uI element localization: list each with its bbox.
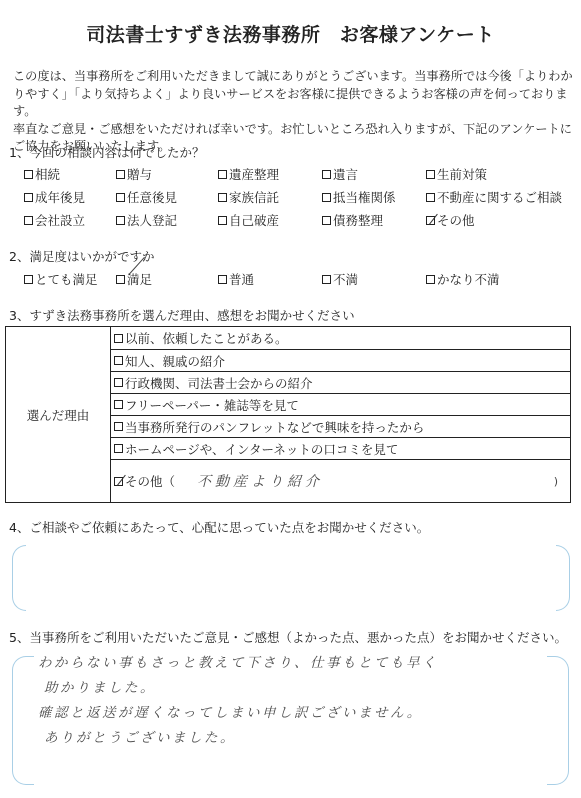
intro-line: 率直なご意見・ご感想をいただければ幸いです。お忙しいところ恐れ入りますが、下記の…	[13, 121, 573, 139]
question-1-title: 1、今回の相談内容は何でしたか？	[9, 143, 204, 161]
q1-option-yuigon[interactable]: 遺言	[322, 165, 358, 183]
q1-option-kazoku-shintaku[interactable]: 家族信託	[218, 188, 279, 206]
question-4-title: 4、ご相談やご依頼にあたって、心配に思っていた点をお聞かせください。	[9, 518, 429, 536]
checkbox-icon[interactable]	[24, 170, 33, 179]
checkbox-icon[interactable]	[322, 216, 331, 225]
intro-line: りやすく」「より気持ちよく」より良いサービスをお客様に提供できるようお客様の声を…	[13, 86, 573, 121]
q1-option-saimu-seiri[interactable]: 債務整理	[322, 211, 383, 229]
option-label: 成年後見	[35, 188, 85, 206]
q1-option-teitouken[interactable]: 抵当権関係	[322, 188, 396, 206]
checkbox-icon[interactable]	[218, 170, 227, 179]
option-label: 抵当権関係	[333, 188, 396, 206]
checkbox-icon[interactable]	[114, 444, 123, 453]
option-label: 相続	[35, 165, 60, 183]
option-label: 不満	[333, 270, 358, 288]
q1-option-souzoku[interactable]: 相続	[24, 165, 60, 183]
checkbox-icon[interactable]	[218, 216, 227, 225]
option-label: その他	[437, 211, 475, 229]
page-title: 司法書士すずき法務事務所 お客様アンケート	[0, 20, 581, 47]
option-label: 家族信託	[229, 188, 279, 206]
q2-option-satisfied[interactable]: 満足	[116, 270, 152, 288]
option-label: フリーペーパー・雑誌等を見て	[125, 396, 299, 414]
option-label: 知人、親戚の紹介	[125, 352, 225, 370]
option-label: 遺言	[333, 165, 358, 183]
q3-option-free-paper[interactable]: フリーペーパー・雑誌等を見て	[111, 394, 570, 416]
option-label: 行政機関、司法書士会からの紹介	[125, 374, 313, 392]
option-label: その他（	[125, 472, 175, 490]
left-bracket-icon	[12, 545, 26, 611]
checkbox-icon[interactable]	[218, 193, 227, 202]
option-label: 贈与	[127, 165, 152, 183]
answer-line: ありがとうございました。	[38, 726, 538, 751]
option-label: 普通	[229, 270, 254, 288]
option-label: かなり不満	[437, 270, 500, 288]
checkbox-icon[interactable]	[426, 275, 435, 284]
option-label: 遺産整理	[229, 165, 279, 183]
q3-option-homepage[interactable]: ホームページや、インターネットの口コミを見て	[111, 438, 570, 460]
q1-option-kaisha-setsuritsu[interactable]: 会社設立	[24, 211, 85, 229]
q3-option-other[interactable]: その他（ 不動産より紹介 )	[111, 460, 570, 502]
checkbox-icon[interactable]	[218, 275, 227, 284]
q2-option-very-dissatisfied[interactable]: かなり不満	[426, 270, 500, 288]
option-label: 満足	[127, 270, 152, 288]
answer-line: わからない事もさっと教えて下さり、仕事もとても早く	[38, 651, 538, 676]
option-label: 任意後見	[127, 188, 177, 206]
q1-option-seizen-taisaku[interactable]: 生前対策	[426, 165, 487, 183]
checkbox-icon[interactable]	[114, 422, 123, 431]
option-label: とても満足	[35, 270, 98, 288]
question-2-title: 2、満足度はいかがですか	[9, 247, 154, 265]
answer-line: 確認と返送が遅くなってしまい申し訳ございません。	[38, 701, 538, 726]
checkbox-icon[interactable]	[114, 400, 123, 409]
q3-option-referral-agency[interactable]: 行政機関、司法書士会からの紹介	[111, 372, 570, 394]
reason-row-label: 選んだ理由	[6, 327, 111, 502]
q1-option-nini-kouken[interactable]: 任意後見	[116, 188, 177, 206]
q5-handwritten-answer[interactable]: わからない事もさっと教えて下さり、仕事もとても早く 助かりました。 確認と返送が…	[38, 651, 538, 751]
q3-option-pamphlet[interactable]: 当事務所発行のパンフレットなどで興味を持ったから	[111, 416, 570, 438]
q1-option-zouyo[interactable]: 贈与	[116, 165, 152, 183]
checkbox-icon[interactable]	[114, 334, 123, 343]
option-label: 法人登記	[127, 211, 177, 229]
checked-checkbox-icon[interactable]	[116, 275, 125, 284]
q1-option-jiko-hasan[interactable]: 自己破産	[218, 211, 279, 229]
checkbox-icon[interactable]	[114, 356, 123, 365]
intro-line: この度は、当事務所をご利用いただきまして誠にありがとうございます。当事務所では今…	[13, 68, 573, 86]
right-bracket-icon	[547, 656, 569, 785]
option-label: 会社設立	[35, 211, 85, 229]
checkbox-icon[interactable]	[24, 193, 33, 202]
q1-option-sonota[interactable]: その他	[426, 211, 475, 229]
option-label: 不動産に関するご相談	[437, 188, 562, 206]
close-paren: )	[554, 475, 558, 488]
q2-option-very-satisfied[interactable]: とても満足	[24, 270, 98, 288]
q1-option-fudousan[interactable]: 不動産に関するご相談	[426, 188, 562, 206]
q4-answer-text[interactable]	[30, 555, 550, 605]
reason-options: 以前、依頼したことがある。 知人、親戚の紹介 行政機関、司法書士会からの紹介 フ…	[111, 327, 570, 502]
right-bracket-icon	[556, 545, 570, 611]
option-label: ホームページや、インターネットの口コミを見て	[125, 440, 398, 458]
q3-option-previous-client[interactable]: 以前、依頼したことがある。	[111, 327, 570, 350]
option-label: 生前対策	[437, 165, 487, 183]
option-label: 以前、依頼したことがある。	[125, 329, 288, 347]
checkbox-icon[interactable]	[322, 275, 331, 284]
checkbox-icon[interactable]	[114, 378, 123, 387]
q1-option-isan-seiri[interactable]: 遺産整理	[218, 165, 279, 183]
q2-option-dissatisfied[interactable]: 不満	[322, 270, 358, 288]
reason-table: 選んだ理由 以前、依頼したことがある。 知人、親戚の紹介 行政機関、司法書士会か…	[5, 326, 571, 503]
q1-option-houjin-touki[interactable]: 法人登記	[116, 211, 177, 229]
checked-checkbox-icon[interactable]	[114, 477, 123, 486]
checkbox-icon[interactable]	[24, 275, 33, 284]
answer-line: 助かりました。	[38, 676, 538, 701]
question-5-title: 5、当事務所をご利用いただいたご意見・ご感想（よかった点、悪かった点）をお聞かせ…	[9, 628, 567, 646]
checkbox-icon[interactable]	[322, 170, 331, 179]
left-bracket-icon	[12, 656, 34, 785]
checkbox-icon[interactable]	[322, 193, 331, 202]
option-label: 当事務所発行のパンフレットなどで興味を持ったから	[125, 418, 424, 436]
q2-option-neutral[interactable]: 普通	[218, 270, 254, 288]
checkbox-icon[interactable]	[116, 170, 125, 179]
question-3-title: 3、すずき法務事務所を選んだ理由、感想をお聞かせください	[9, 306, 355, 324]
checkbox-icon[interactable]	[116, 193, 125, 202]
checkbox-icon[interactable]	[426, 170, 435, 179]
option-label: 債務整理	[333, 211, 383, 229]
q3-option-referral-friend[interactable]: 知人、親戚の紹介	[111, 350, 570, 372]
checkbox-icon[interactable]	[116, 216, 125, 225]
other-handwritten-answer[interactable]: 不動産より紹介	[197, 471, 323, 491]
checkbox-icon[interactable]	[426, 193, 435, 202]
checked-checkbox-icon[interactable]	[426, 216, 435, 225]
checkbox-icon[interactable]	[24, 216, 33, 225]
q1-option-seinen-kouken[interactable]: 成年後見	[24, 188, 85, 206]
option-label: 自己破産	[229, 211, 279, 229]
